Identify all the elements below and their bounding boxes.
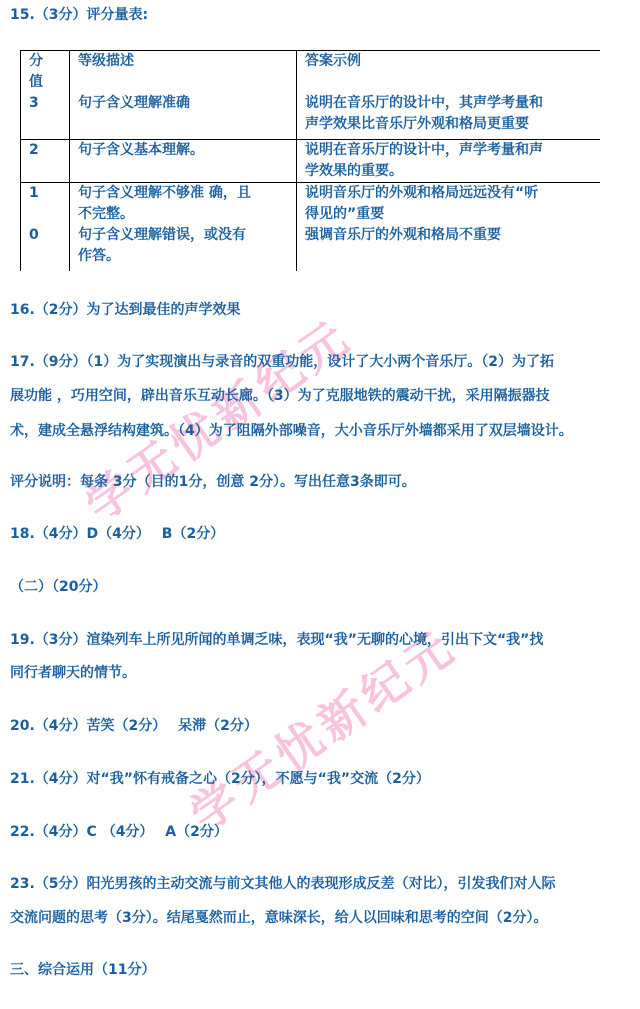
rubric-table: 分 值 3 等级描述 句子含义理解准确 答案示例 说明在音乐厅的设计中，其声学考… (20, 50, 600, 271)
desc-text: 句子含义理解错误，或没有 (78, 225, 288, 246)
q21-answer: 21.（4分）对“我”怀有戒备之心（2分），不愿与“我”交流（2分） (10, 769, 430, 789)
score-cell: 2 (21, 140, 70, 183)
example-text: 强调音乐厅的外观和格局不重要 (305, 225, 592, 246)
rubric-row-2: 2 句子含义基本理解。 说明在音乐厅的设计中，声学考量和声 学效果的重要。 (21, 140, 601, 183)
q23-line-2: 交流问题的思考（3分）。结尾戛然而止，意味深长，给人以回味和思考的空间（2分）。 (10, 908, 547, 928)
header-example: 答案示例 (305, 51, 592, 72)
section-2-heading: （二）（20分） (10, 577, 106, 597)
score-value: 2 (29, 140, 61, 161)
q17-line-1: 17.（9分）（1）为了实现演出与录音的双重功能，设计了大小两个音乐厅。（2）为… (10, 352, 554, 372)
example-text: 说明在音乐厅的设计中，声学考量和声 (305, 140, 592, 161)
score-value: 0 (29, 225, 61, 246)
score-value: 1 (29, 183, 61, 204)
example-text: 声学效果比音乐厅外观和格局更重要 (305, 114, 592, 135)
score-cell: 分 值 3 (21, 51, 70, 140)
watermark-1: 学无忧新纪元 (70, 301, 363, 534)
q22-answer: 22.（4分）C （4分） A（2分） (10, 822, 228, 842)
desc-text: 不完整。 (78, 204, 288, 225)
rubric-row-3: 分 值 3 等级描述 句子含义理解准确 答案示例 说明在音乐厅的设计中，其声学考… (21, 51, 601, 140)
section-3-heading: 三、综合运用（11分） (10, 960, 155, 980)
desc-cell: 句子含义基本理解。 (70, 140, 297, 183)
header-score-2: 值 (29, 72, 61, 93)
q20-answer: 20.（4分）苦笑（2分） 呆滞（2分） (10, 716, 258, 736)
desc-cell: 句子含义理解不够准 确，且 不完整。 句子含义理解错误，或没有 作答。 (70, 183, 297, 272)
example-text: 说明在音乐厅的设计中，其声学考量和 (305, 93, 592, 114)
score-cell: 1 0 (21, 183, 70, 272)
example-cell: 说明在音乐厅的设计中，声学考量和声 学效果的重要。 (297, 140, 601, 183)
q17-line-3: 术，建成全悬浮结构建筑。（4）为了阻隔外部噪音，大小音乐厅外墙都采用了双层墙设计… (10, 421, 573, 441)
q19-line-1: 19.（3分）渲染列车上所见所闻的单调乏味，表现“我”无聊的心境，引出下文“我”… (10, 630, 543, 650)
rubric-row-1-0: 1 0 句子含义理解不够准 确，且 不完整。 句子含义理解错误，或没有 作答。 … (21, 183, 601, 272)
header-desc: 等级描述 (78, 51, 288, 72)
q23-line-1: 23.（5分）阳光男孩的主动交流与前文其他人的表现形成反差（对比），引发我们对人… (10, 874, 556, 894)
desc-text: 作答。 (78, 246, 288, 267)
example-text: 学效果的重要。 (305, 161, 592, 182)
example-text: 得见的”重要 (305, 204, 592, 225)
example-cell: 说明音乐厅的外观和格局远远没有“听 得见的”重要 强调音乐厅的外观和格局不重要 (297, 183, 601, 272)
header-score-1: 分 (29, 51, 61, 72)
desc-text: 句子含义理解不够准 确，且 (78, 183, 288, 204)
q18-answer: 18.（4分）D（4分） B（2分） (10, 524, 224, 544)
q17-line-2: 展功能 ，巧用空间，辟出音乐互动长廊。（3）为了克服地铁的震动干扰，采用隔振器技 (10, 386, 550, 406)
q19-line-2: 同行者聊天的情节。 (10, 663, 136, 683)
q16-answer: 16.（2分）为了达到最佳的声学效果 (10, 300, 241, 320)
example-cell: 答案示例 说明在音乐厅的设计中，其声学考量和 声学效果比音乐厅外观和格局更重要 (297, 51, 601, 140)
q15-title: 15.（3分）评分量表: (10, 5, 148, 25)
desc-text: 句子含义理解准确 (78, 93, 288, 114)
score-value: 3 (29, 93, 61, 114)
desc-cell: 等级描述 句子含义理解准确 (70, 51, 297, 140)
desc-text: 句子含义基本理解。 (78, 140, 288, 161)
q17-scoring-note: 评分说明：每条 3分（目的1分，创意 2分）。写出任意3条即可。 (10, 472, 416, 492)
example-text: 说明音乐厅的外观和格局远远没有“听 (305, 183, 592, 204)
